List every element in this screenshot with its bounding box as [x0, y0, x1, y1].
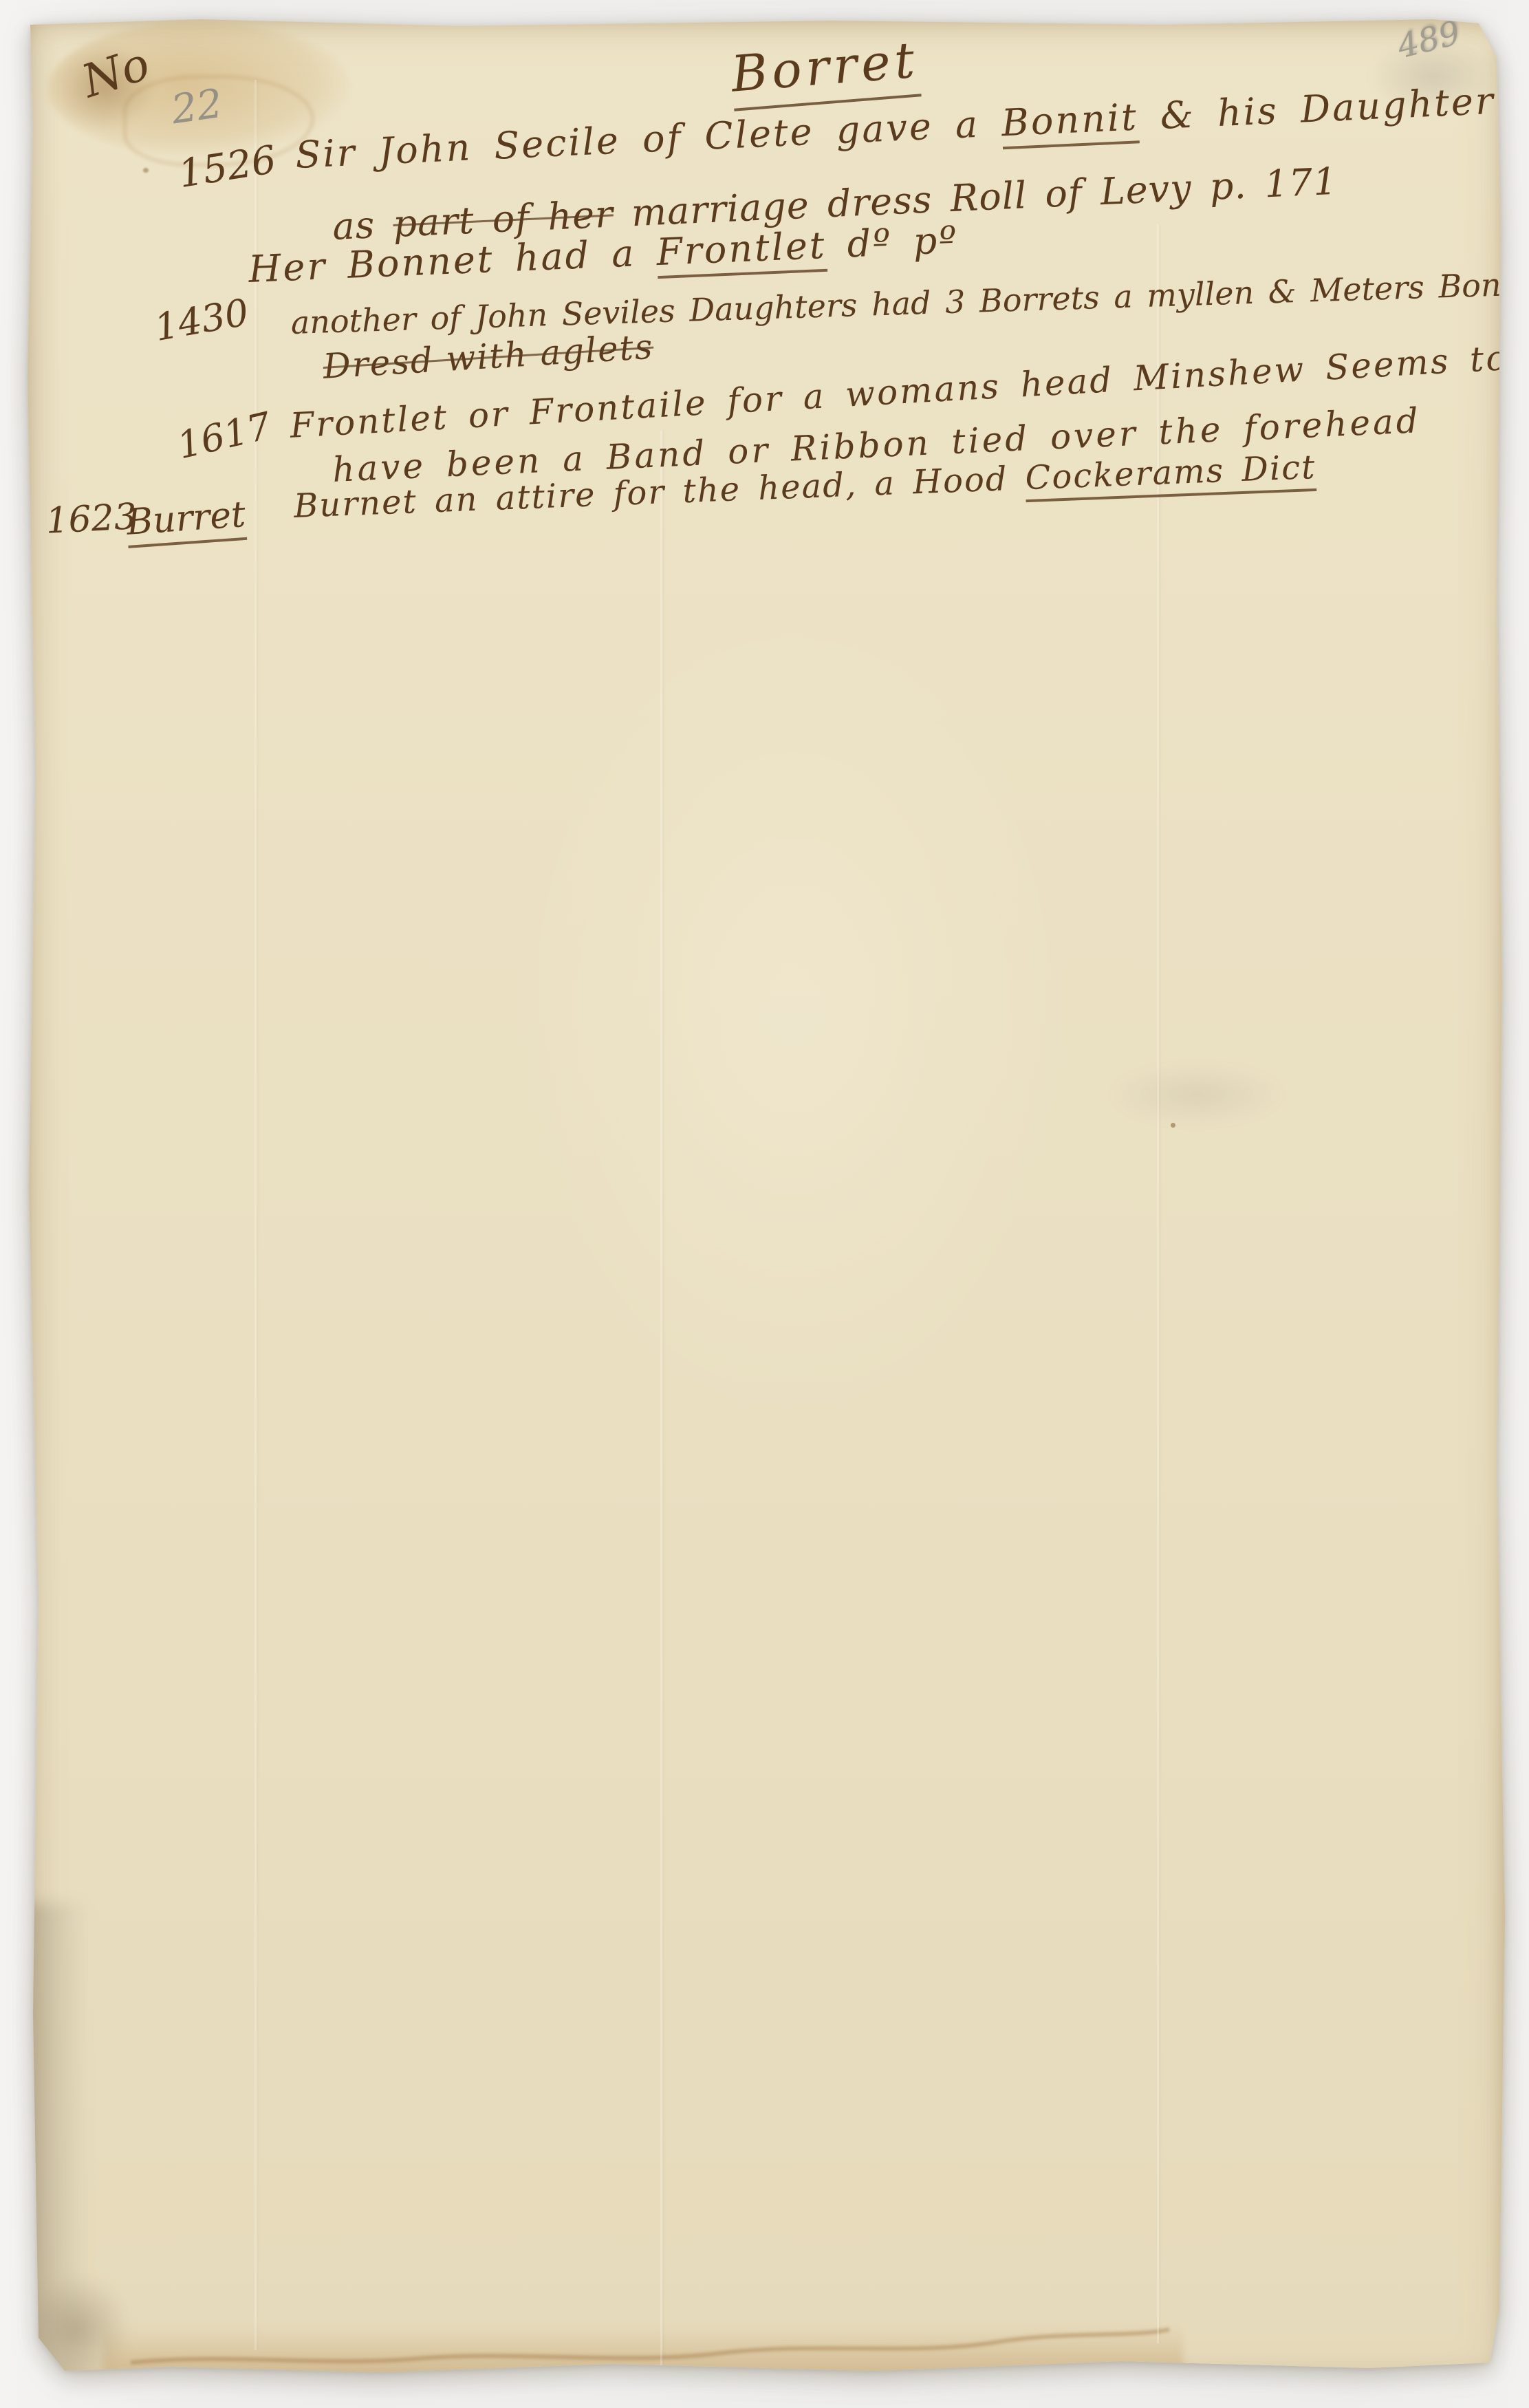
entry-year-1526: 1526: [175, 138, 279, 197]
entry-year-1617: 1617: [173, 404, 275, 467]
paper-sheet: No 22 489 Borret 1526 1430 1617 1623 Bur…: [21, 18, 1506, 2390]
line-text-underlined: Frontlet: [655, 224, 827, 279]
page-title: Borret: [729, 31, 921, 111]
corner-grime: [26, 2275, 129, 2385]
line-text: dº pº: [825, 218, 959, 267]
page-number-pencil: 22: [169, 80, 226, 133]
entry-year-1430: 1430: [151, 290, 252, 350]
photo-backdrop: { "document": { "backdrop_color": "#efee…: [0, 0, 1529, 2408]
line-text: marriage dress Roll of Levy p. 171: [612, 160, 1338, 236]
line-text: & his Daughter: [1137, 79, 1496, 138]
margin-word-underlined: Burret: [125, 494, 247, 548]
water-stain-bottom: [103, 2324, 1183, 2387]
water-stain-tideline: [103, 2309, 1183, 2385]
line-text-underlined: Bonnit: [1001, 95, 1140, 149]
paper-crease: [660, 431, 662, 2371]
folio-number-pencil: 489: [1394, 14, 1464, 67]
paper-crease: [1157, 224, 1159, 2343]
manuscript-page: No 22 489 Borret 1526 1430 1617 1623 Bur…: [21, 18, 1506, 2390]
edge-grime: [22, 1903, 87, 2391]
line-text: Her Bonnet had a: [248, 230, 658, 291]
page-number-label: No: [76, 37, 156, 108]
entry-margin-word: Burret: [125, 494, 247, 544]
line-text: Sir John Secile of Clete gave a: [294, 101, 1003, 177]
ink-speck: [143, 168, 149, 173]
entry-year-1623: 1623: [45, 496, 138, 542]
ink-speck: [1171, 1123, 1175, 1128]
pencil-smudge: [1107, 1064, 1286, 1126]
